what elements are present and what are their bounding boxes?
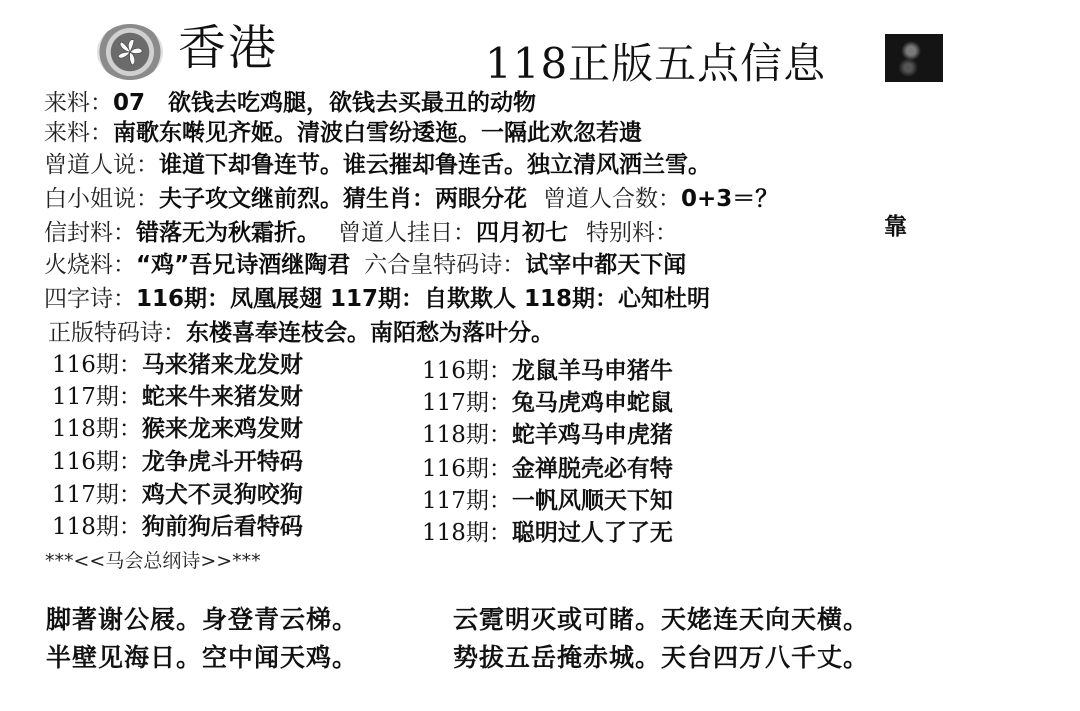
line-label-2: 曾道人挂日： [338,220,476,246]
issue-label: 116期： [52,352,142,378]
special-material-value: 靠 [884,212,907,242]
item-text: 狗前狗后看特码 [142,514,303,540]
line-label-2: 六合皇特码诗： [364,252,525,278]
poem-row-2-right: 势拔五岳掩赤城。天台四万八千丈。 [453,642,869,674]
info-line-zeng-daoren: 曾道人说：谁道下却鲁连节。谁云摧却鲁连舌。独立清风洒兰雪。 [44,150,711,180]
item-text: 马来猪来龙发财 [142,352,303,378]
line-value: 谁道下却鲁连节。谁云摧却鲁连舌。独立清风洒兰雪。 [159,152,711,178]
line-label-3: 特别料： [586,220,678,246]
item-text: 猴来龙来鸡发财 [142,416,303,442]
left-list-item: 116期：马来猪来龙发财 [52,350,303,380]
issue-label: 118期： [422,520,512,546]
line-value-2: 0+3＝？ [681,186,778,212]
issue-title: 118正版五点信息 [485,36,826,92]
issue-label: 117期： [422,488,512,514]
info-line-material-1: 来料：07 欲钱去吃鸡腿，欲钱去买最丑的动物 [44,88,536,118]
left-list-item: 116期：龙争虎斗开特码 [52,447,303,477]
item-text: 龙争虎斗开特码 [142,449,303,475]
left-list-item: 117期：蛇来牛来猪发财 [52,382,303,412]
left-list-item: 118期：猴来龙来鸡发财 [52,414,303,444]
info-line-envelope: 信封料：错落无为秋霜折。曾道人挂日：四月初七特别料： [44,218,678,248]
info-line-official-poem: 正版特码诗：东楼喜奉连枝会。南陌愁为落叶分。 [48,318,554,348]
issue-label: 118期： [52,416,142,442]
line-value-3: 靠 [884,214,907,240]
bauhinia-flower-icon [112,34,148,70]
left-list-item: 117期：鸡犬不灵狗咬狗 [52,480,303,510]
hk-emblem-icon [97,24,163,80]
line-value: 南歌东啭见齐姬。清波白雪纷逶迤。一隔此欢忽若遗 [113,120,642,146]
item-text: 一帆风顺天下知 [512,488,673,514]
line-label-2: 曾道人合数： [543,186,681,212]
right-list-item: 118期：聪明过人了了无 [422,518,673,548]
left-list-item: 118期：狗前狗后看特码 [52,512,303,542]
line-label: 四字诗： [44,286,136,312]
issue-label: 116期： [52,449,142,475]
line-label: 白小姐说： [44,186,159,212]
line-label: 曾道人说： [44,152,159,178]
region-title: 香港 [178,18,278,78]
item-text: 鸡犬不灵狗咬狗 [142,482,303,508]
issue-label: 118期： [422,422,512,448]
line-value: 夫子攻文继前烈。猜生肖：两眼分花 [159,186,527,212]
right-list-item: 116期：龙鼠羊马申猪牛 [422,356,673,386]
line-value: “鸡”吾兄诗酒继陶君 [136,252,350,278]
poem-row-1-right: 云霓明灭或可睹。天姥连天向天横。 [453,604,869,636]
line-value: 07 欲钱去吃鸡腿，欲钱去买最丑的动物 [113,90,536,116]
item-text: 兔马虎鸡申蛇鼠 [512,390,673,416]
right-list-item: 117期：兔马虎鸡申蛇鼠 [422,388,673,418]
issue-label: 116期： [422,456,512,482]
item-text: 蛇羊鸡马申虎猪 [512,422,673,448]
right-list-item: 118期：蛇羊鸡马申虎猪 [422,420,673,450]
line-value-2: 试宰中都天下闻 [525,252,686,278]
portrait-photo-icon [885,34,943,82]
line-label: 来料： [44,120,113,146]
issue-label: 117期： [52,384,142,410]
line-value: 116期：凤凰展翅 117期：自欺欺人 118期：心知杜明 [136,286,710,312]
line-value: 东楼喜奉连枝会。南陌愁为落叶分。 [186,320,554,346]
poem-row-1-left: 脚著谢公屐。身登青云梯。 [46,604,358,636]
issue-label: 116期： [422,358,512,384]
line-value-2: 四月初七 [476,220,568,246]
line-label: 来料： [44,90,113,116]
issue-label: 117期： [422,390,512,416]
item-text: 金禅脱壳必有特 [512,456,673,482]
info-line-four-char-poem: 四字诗：116期：凤凰展翅 117期：自欺欺人 118期：心知杜明 [44,284,710,314]
issue-label: 117期： [52,482,142,508]
item-text: 蛇来牛来猪发财 [142,384,303,410]
line-value: 错落无为秋霜折。 [136,220,320,246]
right-list-item: 117期：一帆风顺天下知 [422,486,673,516]
item-text: 聪明过人了了无 [512,520,673,546]
right-list-item: 116期：金禅脱壳必有特 [422,454,673,484]
issue-label: 118期： [52,514,142,540]
poem-row-2-left: 半壁见海日。空中闻天鸡。 [46,642,358,674]
section-heading-master-poem: ***<<马会总纲诗>>*** [45,548,261,574]
item-text: 龙鼠羊马申猪牛 [512,358,673,384]
line-label: 信封料： [44,220,136,246]
info-line-fire-material: 火烧料：“鸡”吾兄诗酒继陶君六合皇特码诗：试宰中都天下闻 [44,250,686,280]
line-label: 火烧料： [44,252,136,278]
info-line-bai-xiaojie: 白小姐说：夫子攻文继前烈。猜生肖：两眼分花曾道人合数：0+3＝？ [44,184,778,214]
line-label: 正版特码诗： [48,320,186,346]
info-line-material-2: 来料：南歌东啭见齐姬。清波白雪纷逶迤。一隔此欢忽若遗 [44,118,642,148]
